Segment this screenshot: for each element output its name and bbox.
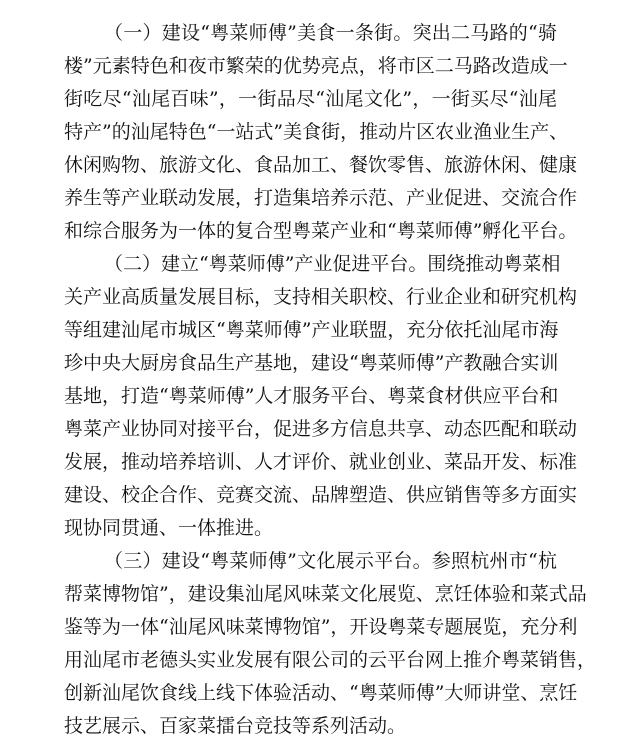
- text-line: 创新汕尾饮食线上线下体验活动、“粤菜师傅”大师讲堂、烹饪: [64, 680, 557, 706]
- text-line: 用汕尾市老德头实业发展有限公司的云平台网上推介粤菜销售，: [64, 647, 557, 673]
- text-line: （二）建立“粤菜师傅”产业促进平台。围绕推动粤菜相: [104, 251, 557, 277]
- text-line: 楼”元素特色和夜市繁荣的优势亮点，将市区二马路改造成一: [64, 53, 557, 79]
- text-line: 技艺展示、百家菜擂台竞技等系列活动。: [64, 713, 557, 739]
- text-line: （三）建设“粤菜师傅”文化展示平台。参照杭州市“杭: [104, 548, 557, 574]
- text-line: 特产”的汕尾特色“一站式”美食街，推动片区农业渔业生产、: [64, 119, 557, 145]
- text-line: 发展，推动培养培训、人才评价、就业创业、菜品开发、标准: [64, 449, 557, 475]
- text-line: 等组建汕尾市城区“粤菜师傅”产业联盟，充分依托汕尾市海: [64, 317, 557, 343]
- text-line: 基地，打造“粤菜师傅”人才服务平台、粤菜食材供应平台和: [64, 383, 557, 409]
- document-page: （一）建设“粤菜师傅”美食一条街。突出二马路的“骑 楼”元素特色和夜市繁荣的优势…: [0, 0, 644, 749]
- text-line: 鉴等为一体“汕尾风味菜博物馆”，开设粤菜专题展览，充分利: [64, 614, 557, 640]
- text-line: 养生等产业联动发展，打造集培养示范、产业促进、交流合作: [64, 185, 557, 211]
- text-line: 帮菜博物馆”，建设集汕尾风味菜文化展览、烹饪体验和菜式品: [64, 581, 557, 607]
- text-line: 粤菜产业协同对接平台，促进多方信息共享、动态匹配和联动: [64, 416, 557, 442]
- text-line: 街吃尽“汕尾百味”，一街品尽“汕尾文化”，一街买尽“汕尾: [64, 86, 557, 112]
- text-line: 休闲购物、旅游文化、食品加工、餐饮零售、旅游休闲、健康: [64, 152, 557, 178]
- text-line: 现协同贯通、一体推进。: [64, 515, 557, 541]
- text-line: 珍中央大厨房食品生产基地，建设“粤菜师傅”产教融合实训: [64, 350, 557, 376]
- text-line: 和综合服务为一体的复合型粤菜产业和“粤菜师傅”孵化平台。: [64, 218, 557, 244]
- text-line: 建设、校企合作、竞赛交流、品牌塑造、供应销售等多方面实: [64, 482, 557, 508]
- text-line: （一）建设“粤菜师傅”美食一条街。突出二马路的“骑: [104, 20, 557, 46]
- text-line: 关产业高质量发展目标，支持相关职校、行业企业和研究机构: [64, 284, 557, 310]
